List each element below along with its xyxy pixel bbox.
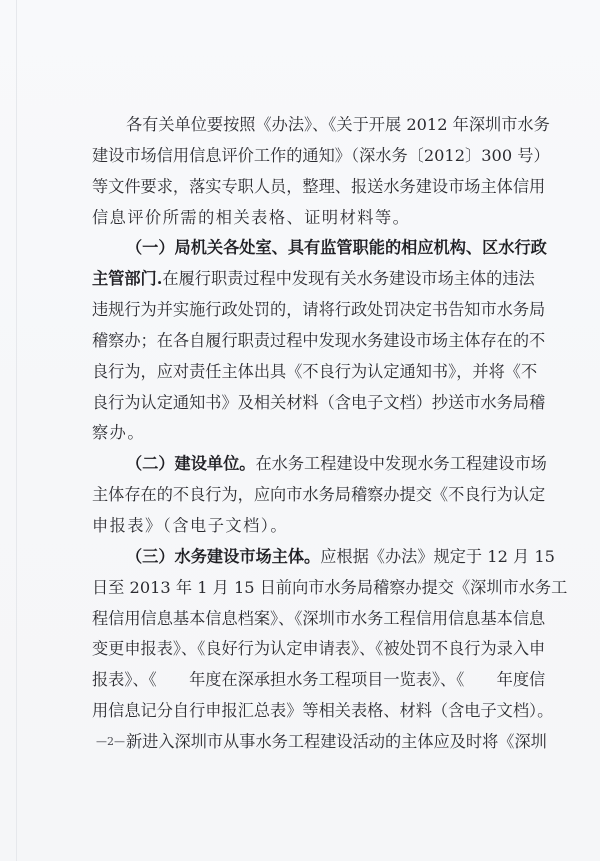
section2-heading-line: （二）建设单位。在水务工程建设中发现水务工程建设市场 <box>92 449 522 480</box>
section1-line-3: 良行为，应对责任主体出具《不良行为认定通知书》，并将《不 <box>92 357 522 388</box>
section1-line-1: 违规行为并实施行政处罚的，请将行政处罚决定书告知市水务局 <box>92 295 522 326</box>
section3-heading-line: （三）水务建设市场主体。应根据《办法》规定于 12 月 15 <box>92 542 522 573</box>
section3-heading-rest: 应根据《办法》规定于 12 月 15 <box>320 547 555 566</box>
section2-heading-bold: （二）建设单位。 <box>126 454 256 473</box>
section3-line-4: 报表》、《 年度在深承担水务工程项目一览表》、《 年度信 <box>92 665 522 696</box>
section3-line-2: 程信用信息基本信息档案》、《深圳市水务工程信用信息基本信息 <box>92 604 522 635</box>
section3-line-5: 用信息记分自行申报汇总表》等相关表格、材料（含电子文档）。 <box>92 696 522 727</box>
section1-heading-line2: 主管部门.在履行职责过程中发现有关水务建设市场主体的违法 <box>92 264 522 295</box>
section1-line-5: 察办。 <box>92 418 522 449</box>
section1-line-4: 良行为认定通知书》及相关材料（含电子文档）抄送市水务局稽 <box>92 388 522 419</box>
scanned-document-page: 各有关单位要按照《办法》、《关于开展 2012 年深圳市水务 建设市场信用信息评… <box>0 0 600 861</box>
section1-heading-rest: 在履行职责过程中发现有关水务建设市场主体的违法 <box>162 269 534 288</box>
intro-line-2: 建设市场信用信息评价工作的通知》（深水务〔2012〕300 号） <box>92 141 522 172</box>
section2-line-2: 申报表》（含电子文档）。 <box>92 511 522 542</box>
document-body: 各有关单位要按照《办法》、《关于开展 2012 年深圳市水务 建设市场信用信息评… <box>92 110 522 758</box>
intro-line-1: 各有关单位要按照《办法》、《关于开展 2012 年深圳市水务 <box>92 110 522 141</box>
intro-line-4: 信息评价所需的相关表格、证明材料等。 <box>92 203 522 234</box>
section1-line-2: 稽察办；在各自履行职责过程中发现水务建设市场主体存在的不 <box>92 326 522 357</box>
section3-line-1: 日至 2013 年 1 月 15 日前向市水务局稽察办提交《深圳市水务工 <box>92 573 522 604</box>
section2-heading-rest: 在水务工程建设中发现水务工程建设市场 <box>256 454 547 473</box>
section1-heading-bold: 主管部门. <box>92 269 162 288</box>
section3-line-3: 变更申报表》、《良好行为认定申请表》、《被处罚不良行为录入申 <box>92 634 522 665</box>
closing-line-1: 新进入深圳市从事水务工程建设活动的主体应及时将《深圳 <box>92 727 522 758</box>
section1-heading-line1: （一）局机关各处室、具有监管职能的相应机构、区水行政 <box>92 233 522 264</box>
page-number: —2— <box>96 735 125 748</box>
section3-heading-bold: （三）水务建设市场主体。 <box>126 547 320 566</box>
section2-line-1: 主体存在的不良行为，应向市水务局稽察办提交《不良行为认定 <box>92 480 522 511</box>
intro-line-3: 等文件要求，落实专职人员，整理、报送水务建设市场主体信用 <box>92 172 522 203</box>
scan-edge-line <box>16 0 17 861</box>
